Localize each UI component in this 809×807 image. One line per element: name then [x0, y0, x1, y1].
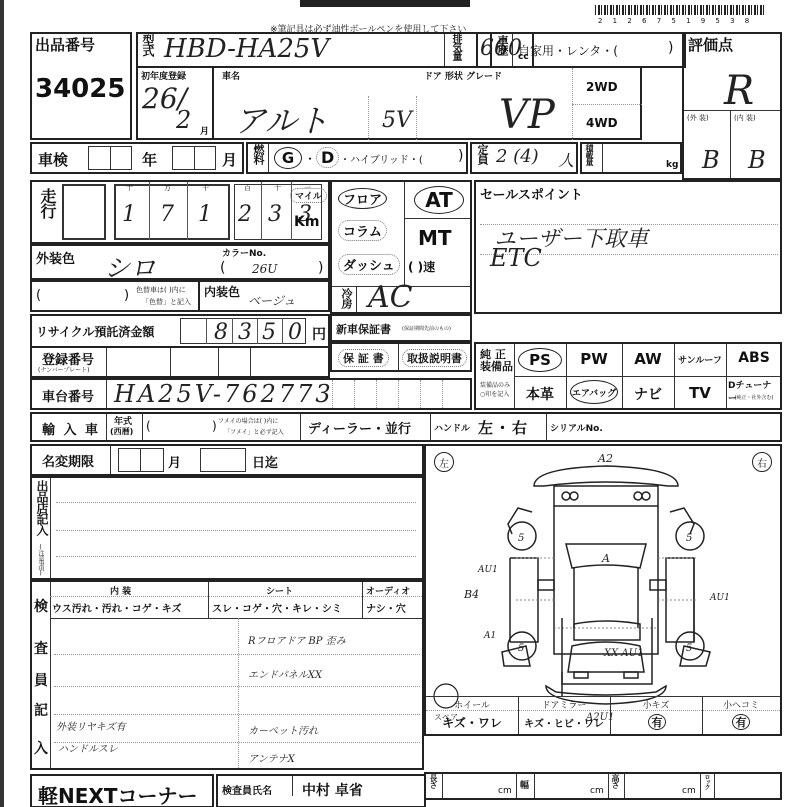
mileage-digit: 1: [198, 202, 212, 227]
equipment-tv[interactable]: TV: [676, 384, 724, 402]
history-options[interactable]: 自家用・レンタ・(: [518, 42, 618, 59]
interior-color-box: 内装色 ベージュ: [198, 280, 330, 312]
capacity-value: 2 (4): [496, 146, 539, 167]
inspector-note: ハンドルスレ: [58, 740, 118, 755]
fuel-hybrid-option[interactable]: ・ハイブリッド・(: [340, 151, 423, 166]
page-edge: [0, 0, 4, 807]
equipment-sunroof[interactable]: サンルーフ: [676, 353, 724, 366]
listing-number-label: 出品番号: [35, 34, 95, 55]
first-registration-box: 初年度登録 26/ 2 月: [136, 66, 214, 140]
rating-score: R: [724, 68, 754, 114]
handle-label: ハンドル: [434, 421, 470, 434]
shaken-box: 車検 年 月: [30, 142, 244, 174]
svg-text:5: 5: [518, 533, 524, 544]
exterior-rating-label: (外 装): [687, 113, 709, 123]
small-scratch-value[interactable]: 有: [648, 714, 666, 730]
svg-text:XX AU1: XX AU1: [603, 648, 643, 659]
history-label: 車歴: [494, 35, 510, 55]
displacement-label: 排気量: [448, 33, 463, 60]
seat-options[interactable]: スレ・コゲ・穴・キレ・シミ: [212, 600, 342, 615]
warranty-docs-box: 保 証 書 取扱説明書: [330, 342, 472, 372]
seller-notes-box: 出品店記入 (注意事項): [30, 476, 424, 580]
svg-text:5: 5: [686, 533, 692, 544]
model-type-label: 型式: [140, 34, 157, 56]
mileage-digit-blank: [62, 184, 106, 240]
mirror-header: ドアミラー: [518, 698, 610, 711]
audio-options[interactable]: ナシ・穴: [366, 600, 406, 615]
capacity-box: 定員 2 (4) 人: [470, 142, 578, 174]
equipment-ps[interactable]: PS: [518, 348, 562, 372]
interior-options[interactable]: ウス汚れ・汚れ・コゲ・キズ: [52, 600, 182, 615]
name-change-label: 名変期限: [42, 451, 94, 470]
ac-label: 冷房: [338, 288, 354, 308]
registration-box: 登録番号 (ナンバープレート): [30, 346, 330, 378]
serial-label: シリアルNo.: [550, 421, 603, 434]
sales-point-box: セールスポイント ユーザー下取車 ETC: [474, 180, 782, 314]
inspector-notes-label: 検: [34, 596, 48, 616]
inspector-notes-box: 検 査 員 記 入 内 装 シート オーディオ ウス汚れ・汚れ・コゲ・キズ スレ…: [30, 580, 424, 770]
load-label: 積載量: [584, 144, 595, 165]
load-box: 積載量 kg: [580, 142, 682, 174]
first-registration-label: 初年度登録: [141, 69, 186, 82]
svg-text:A2: A2: [597, 452, 613, 465]
mileage-digit: 2: [238, 202, 252, 227]
recycle-label: リサイクル預託済金額: [36, 323, 154, 340]
listing-number-box: 出品番号 34025: [30, 32, 132, 140]
history-box: 車歴 自家用・レンタ・( ): [490, 32, 686, 68]
model-type-box: 型式 HBD-HA25V 排気量: [136, 32, 478, 68]
small-scratch-header: 小キズ: [610, 698, 702, 711]
corner-label-box: 軽NEXTコーナー: [30, 774, 214, 807]
seller-notes-label: 出品店記入: [34, 480, 51, 535]
manual-option[interactable]: 取扱説明書: [402, 349, 467, 367]
svg-text:AU1: AU1: [709, 593, 730, 603]
width-label: 幅: [520, 778, 529, 791]
recycle-digit: 0: [288, 320, 302, 345]
wheel-options[interactable]: キズ・ワレ: [426, 714, 518, 731]
equipment-box: 純 正 装備品 装備品のみ ○印を記入 PS PW AW サンルーフ ABS 本…: [474, 342, 782, 410]
rating-box: 評価点 R (外 装) (内 装) B B: [682, 32, 782, 180]
drive-4wd-option[interactable]: 4WD: [586, 116, 618, 130]
mirror-options[interactable]: キズ・ヒビ・ワレ: [518, 715, 610, 730]
shaken-label: 車検: [38, 149, 68, 170]
name-change-box: 名変期限 月 日迄: [30, 444, 424, 476]
interior-color-label: 内装色: [204, 283, 240, 300]
exterior-color-label: 外装色: [36, 248, 75, 267]
car-name-box: 車名 アルト ドア 形状 5V グレード VP 2WD 4WD: [212, 66, 642, 140]
car-name-value: アルト: [234, 96, 329, 142]
repaint-note: 色替車は( )内に: [136, 285, 186, 295]
listing-number: 34025: [35, 74, 125, 104]
import-label: 輸 入 車: [42, 419, 100, 438]
inspector-note: エンドパネルXX: [248, 666, 322, 681]
damage-diagram-box: 左 右: [424, 444, 782, 736]
barcode: [595, 5, 765, 15]
model-type-value: HBD-HA25V: [164, 34, 329, 64]
grade-value: VP: [499, 92, 555, 138]
recycle-digit: 5: [262, 320, 276, 345]
inspector-name: 中村 卓省: [302, 780, 363, 800]
color-number-label: カラーNo.: [222, 246, 266, 259]
height-label: 高さ: [610, 774, 621, 788]
car-name-label: 車名: [222, 69, 240, 82]
audio-header: オーディオ: [366, 584, 410, 597]
inspector-name-box: 検査員氏名 中村 卓省: [216, 774, 426, 807]
mileage-digit: 3: [268, 202, 282, 227]
length-label: 長さ: [428, 774, 439, 788]
small-dent-value[interactable]: 有: [732, 714, 750, 730]
barcode-digits: 2 1 2 6 7 5 1 9 5 3 8: [598, 17, 753, 25]
name-change-month-input[interactable]: [118, 448, 164, 472]
unit-km-option[interactable]: Km: [294, 214, 319, 230]
mileage-digit: 1: [122, 202, 136, 227]
shift-floor-option[interactable]: フロア: [338, 188, 387, 209]
shift-box: フロア コラム ダッシュ AT MT ( )速 冷房 AC: [330, 180, 472, 314]
capacity-label: 定員: [474, 144, 490, 164]
first-registration-month: 2: [176, 106, 191, 134]
door-shape-label: ドア 形状: [424, 69, 463, 82]
dimensions-box: 長さ cm 幅 cm 高さ cm ロック: [424, 772, 782, 800]
equipment-abs[interactable]: ABS: [728, 350, 780, 366]
transmission-at-option[interactable]: AT: [414, 186, 464, 214]
inspector-note: 外装リヤキズ有: [56, 718, 126, 733]
equipment-leather[interactable]: 本革: [516, 384, 564, 404]
equipment-airbag[interactable]: エアバッグ: [570, 380, 618, 404]
recycle-digit: 3: [238, 320, 252, 345]
shift-dash-option[interactable]: ダッシュ: [338, 254, 400, 275]
equipment-aw[interactable]: AW: [624, 350, 672, 368]
svg-text:A: A: [601, 552, 610, 565]
header-title-bar: [300, 0, 470, 7]
interior-rating: B: [748, 146, 766, 174]
corner-label: 軽NEXTコーナー: [38, 780, 197, 807]
door-shape-value: 5V: [382, 108, 412, 133]
grade-label: グレード: [466, 69, 502, 82]
inspector-name-label: 検査員氏名: [222, 782, 272, 797]
sales-point-label: セールスポイント: [480, 184, 583, 203]
new-car-warranty-label: 新車保証書: [336, 321, 391, 337]
interior-rating-label: (内 装): [734, 113, 756, 123]
equipment-navi[interactable]: ナビ: [624, 384, 672, 404]
interior-header: 内 装: [110, 584, 131, 597]
transmission-speed: ( )速: [408, 258, 435, 275]
inspector-note: カーペット汚れ: [248, 722, 318, 737]
rating-label: 評価点: [688, 34, 733, 55]
ac-value: AC: [368, 280, 413, 315]
handle-options[interactable]: 左・右: [478, 417, 529, 438]
new-car-warranty-box: 新車保証書 (保証期間先前のもの): [330, 314, 472, 342]
import-box: 輸 入 車 年式 (西暦) ( ) フメイの場合は( )内に 「フメイ」と必ず記…: [30, 412, 782, 442]
recycle-digit: 8: [214, 320, 228, 345]
dealer-parallel-option[interactable]: ディーラー・並行: [308, 418, 411, 437]
drive-2wd-option[interactable]: 2WD: [586, 80, 618, 94]
interior-color-value: ベージュ: [248, 292, 296, 309]
name-change-day-input[interactable]: [200, 448, 246, 472]
wheel-header: ホイール: [426, 698, 518, 711]
mileage-digit: 7: [160, 202, 174, 227]
mileage-label: 走行: [36, 188, 59, 218]
svg-text:B4: B4: [463, 588, 479, 601]
transmission-mt-option[interactable]: MT: [418, 226, 452, 250]
recycle-box: リサイクル預託済金額 8 3 5 0 円: [30, 314, 330, 348]
chassis-box: 車台番号 HA25V-762773: [30, 378, 472, 410]
repaint-box: ( ) 色替車は( )内に 「色替」と記入: [30, 280, 200, 312]
shift-column-option[interactable]: コラム: [338, 220, 387, 241]
chassis-label: 車台番号: [42, 386, 94, 405]
warranty-book-option[interactable]: 保 証 書: [338, 349, 389, 367]
exterior-rating: B: [702, 146, 720, 174]
fuel-label: 燃料: [250, 144, 266, 164]
fuel-diesel-option[interactable]: D: [316, 147, 339, 168]
fuel-box: 燃料 G ・ D ・ハイブリッド・( ): [246, 142, 468, 174]
seat-header: シート: [266, 584, 293, 597]
fuel-gasoline-option[interactable]: G: [274, 147, 302, 169]
inspector-note: アンテナX: [248, 750, 295, 765]
inspector-note: Rフロアドア BP 歪み: [248, 632, 346, 647]
unit-mile-option[interactable]: マイル: [290, 188, 327, 203]
small-dent-header: 小ヘコミ: [702, 698, 780, 711]
equipment-pw[interactable]: PW: [568, 350, 620, 368]
sales-point-line2: ETC: [490, 244, 542, 272]
chassis-value: HA25V-762773: [114, 380, 334, 408]
svg-text:AU1: AU1: [477, 565, 498, 575]
lock-label: ロック: [702, 774, 711, 789]
exterior-color-box: 外装色 シロ カラーNo. ( 26U ): [30, 244, 330, 280]
color-number-value: 26U: [252, 262, 277, 276]
